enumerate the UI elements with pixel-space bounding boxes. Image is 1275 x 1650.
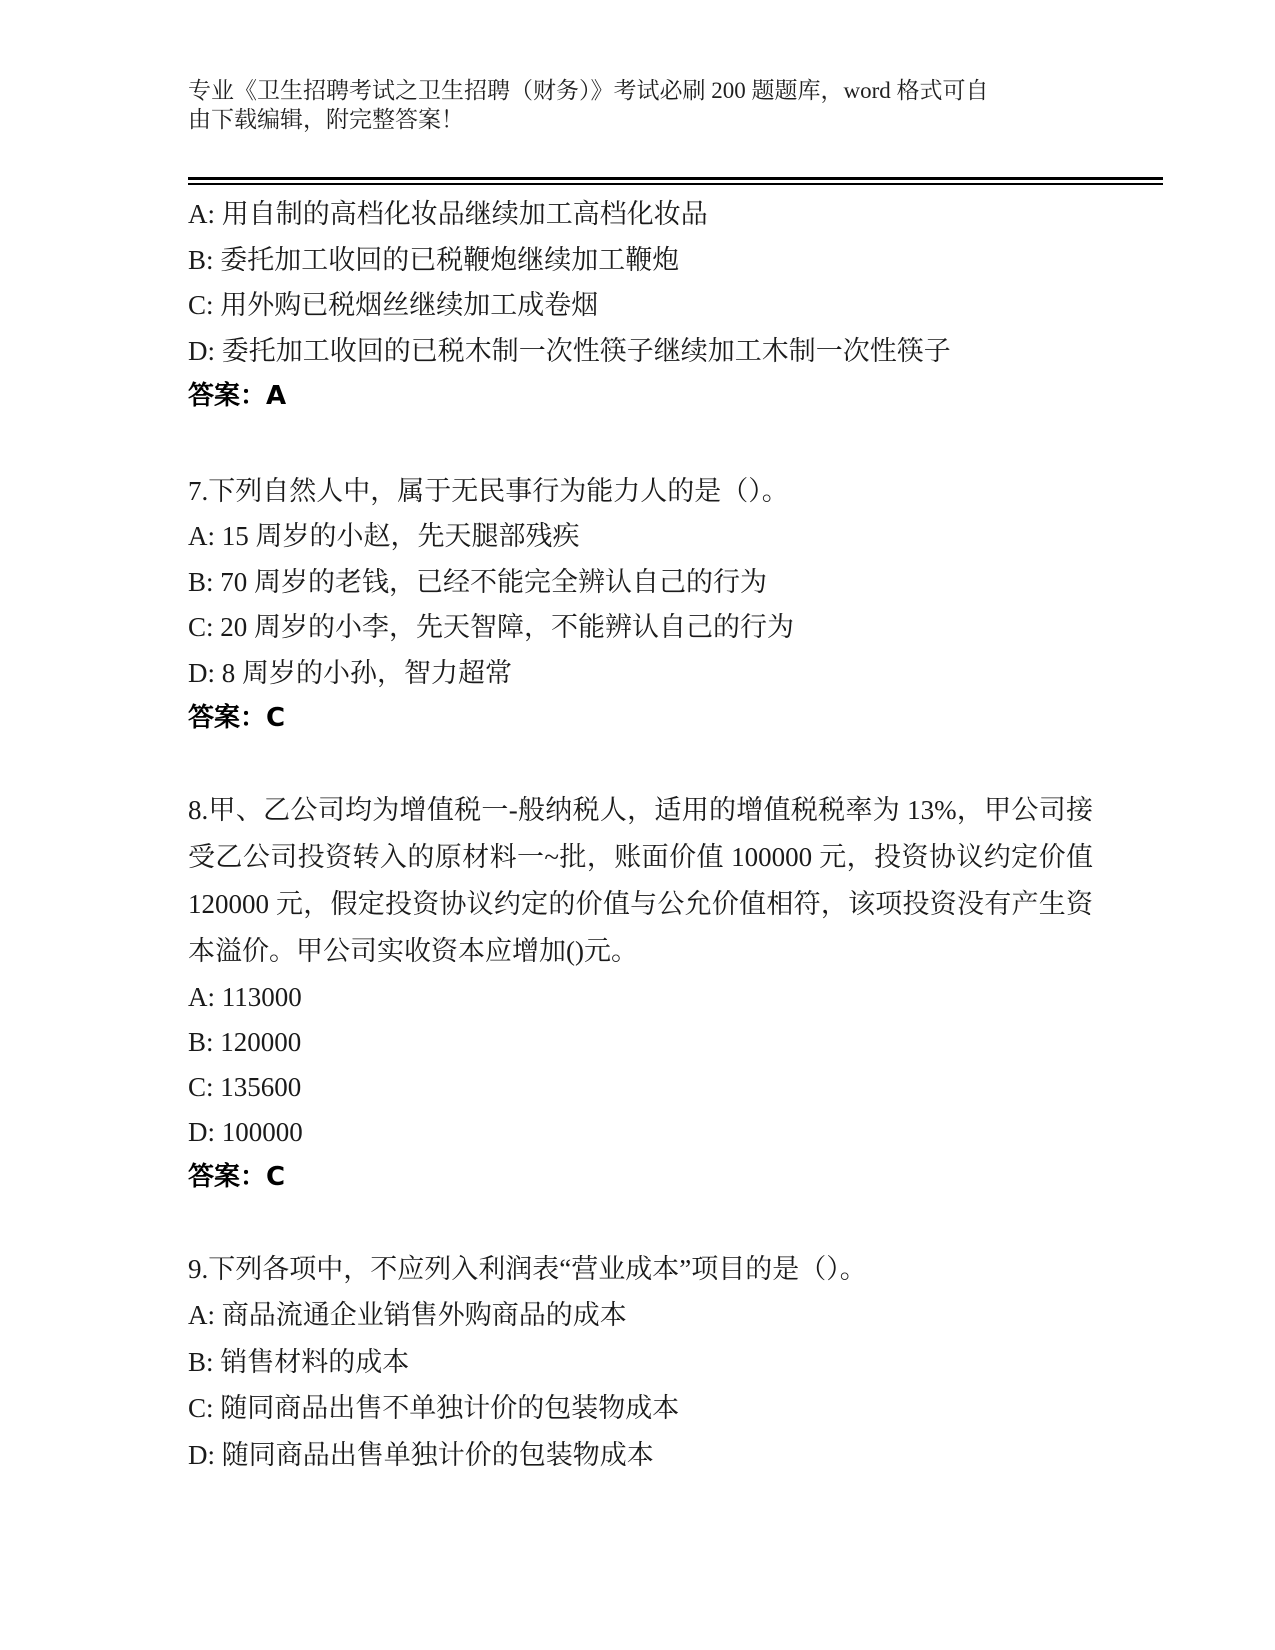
option-line: D: 委托加工收回的已税木制一次性筷子继续加工木制一次性筷子 [188, 329, 1093, 375]
option-line: D: 8 周岁的小孙，智力超常 [188, 651, 1093, 697]
option-line: B: 120000 [188, 1020, 1093, 1065]
option-line: B: 委托加工收回的已税鞭炮继续加工鞭炮 [188, 238, 1093, 284]
document-header: 专业《卫生招聘考试之卫生招聘（财务）》考试必刷 200 题题库，word 格式可… [188, 0, 1058, 134]
question-9-block: 9.下列各项中，不应列入利润表“营业成本”项目的是（）。 A: 商品流通企业销售… [188, 1246, 1093, 1479]
option-line: C: 20 周岁的小李，先天智障，不能辨认自己的行为 [188, 605, 1093, 651]
option-line: B: 70 周岁的老钱，已经不能完全辨认自己的行为 [188, 560, 1093, 606]
answer-line: 答案：A [188, 374, 1093, 420]
option-line: A: 商品流通企业销售外购商品的成本 [188, 1292, 1093, 1339]
question-stem: 9.下列各项中，不应列入利润表“营业成本”项目的是（）。 [188, 1246, 1093, 1293]
option-line: D: 100000 [188, 1110, 1093, 1155]
question-stem: 7.下列自然人中，属于无民事行为能力人的是（）。 [188, 469, 1093, 515]
option-line: D: 随同商品出售单独计价的包装物成本 [188, 1432, 1093, 1479]
option-line: A: 用自制的高档化妆品继续加工高档化妆品 [188, 192, 1093, 238]
answer-line: 答案：C [188, 696, 1093, 742]
option-line: B: 销售材料的成本 [188, 1339, 1093, 1386]
document-page: 专业《卫生招聘考试之卫生招聘（财务）》考试必刷 200 题题库，word 格式可… [0, 0, 1275, 1478]
header-double-rule [188, 177, 1163, 185]
header-line-2: 由下载编辑，附完整答案！ [188, 105, 1058, 134]
question-stem: 8.甲、乙公司均为增值税一-般纳税人，适用的增值税税率为 13%，甲公司接受乙公… [188, 787, 1093, 975]
option-line: A: 15 周岁的小赵，先天腿部残疾 [188, 514, 1093, 560]
answer-line: 答案：C [188, 1155, 1093, 1200]
option-line: C: 135600 [188, 1065, 1093, 1110]
question-6-options-block: A: 用自制的高档化妆品继续加工高档化妆品 B: 委托加工收回的已税鞭炮继续加工… [188, 192, 1093, 420]
option-line: A: 113000 [188, 975, 1093, 1020]
option-line: C: 随同商品出售不单独计价的包装物成本 [188, 1385, 1093, 1432]
header-line-1: 专业《卫生招聘考试之卫生招聘（财务）》考试必刷 200 题题库，word 格式可… [188, 76, 1058, 105]
question-7-block: 7.下列自然人中，属于无民事行为能力人的是（）。 A: 15 周岁的小赵，先天腿… [188, 469, 1093, 742]
option-line: C: 用外购已税烟丝继续加工成卷烟 [188, 283, 1093, 329]
question-8-block: 8.甲、乙公司均为增值税一-般纳税人，适用的增值税税率为 13%，甲公司接受乙公… [188, 787, 1093, 1200]
